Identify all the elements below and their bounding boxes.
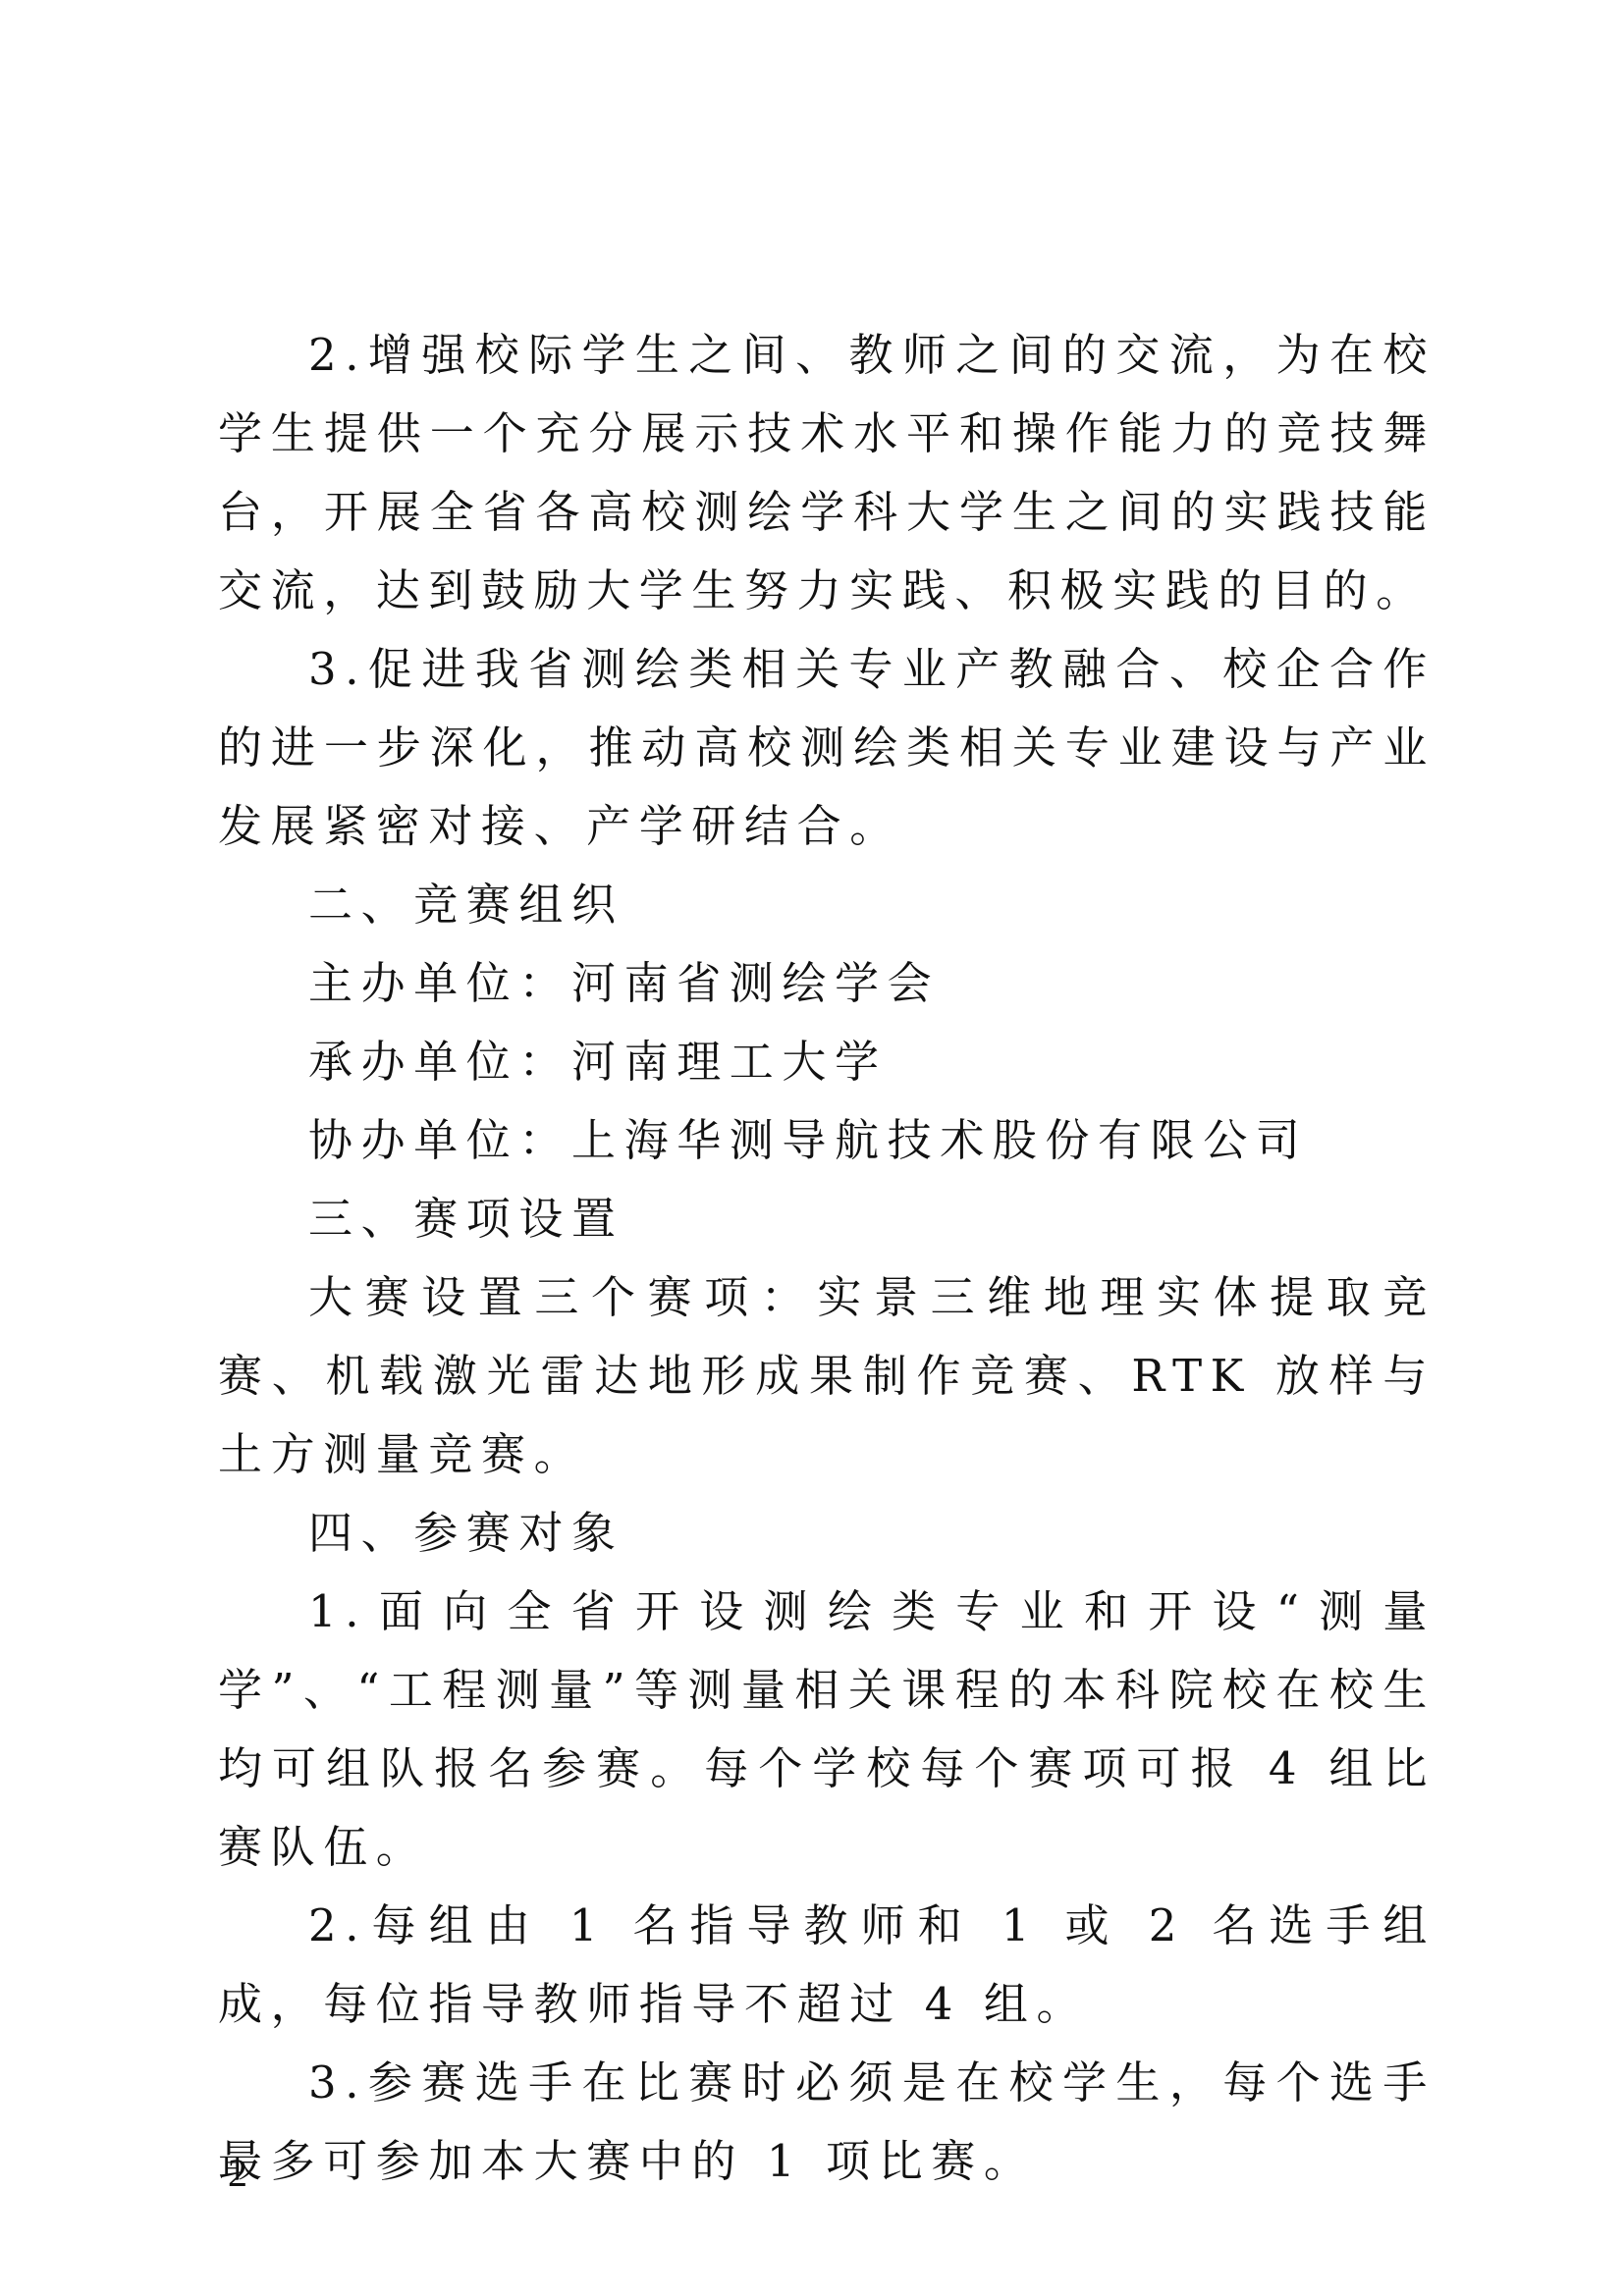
co-organizer-unit: 协办单位：上海华测导航技术股份有限公司	[218, 1101, 1435, 1180]
paragraph-participants-2: 2.每组由 1 名指导教师和 1 或 2 名选手组成，每位指导教师指导不超过 4…	[218, 1887, 1435, 2044]
paragraph-events: 大赛设置三个赛项：实景三维地理实体提取竞赛、机载激光雷达地形成果制作竞赛、RTK…	[218, 1258, 1435, 1494]
host-unit: 主办单位：河南省测绘学会	[218, 944, 1435, 1023]
paragraph-participants-1: 1.面向全省开设测绘类专业和开设“测量学”、“工程测量”等测量相关课程的本科院校…	[218, 1573, 1435, 1887]
section-heading-participants: 四、参赛对象	[218, 1494, 1435, 1573]
section-heading-organization: 二、竞赛组织	[218, 866, 1435, 944]
document-page: 2.增强校际学生之间、教师之间的交流，为在校学生提供一个充分展示技术水平和操作能…	[218, 316, 1435, 2201]
organizer-unit: 承办单位：河南理工大学	[218, 1023, 1435, 1101]
section-heading-events: 三、赛项设置	[218, 1180, 1435, 1258]
page-number: 2	[228, 2150, 247, 2196]
paragraph-objective-3: 3.促进我省测绘类相关专业产教融合、校企合作的进一步深化，推动高校测绘类相关专业…	[218, 630, 1435, 866]
paragraph-participants-3: 3.参赛选手在比赛时必须是在校学生，每个选手最多可参加本大赛中的 1 项比赛。	[218, 2044, 1435, 2201]
paragraph-objective-2: 2.增强校际学生之间、教师之间的交流，为在校学生提供一个充分展示技术水平和操作能…	[218, 316, 1435, 630]
